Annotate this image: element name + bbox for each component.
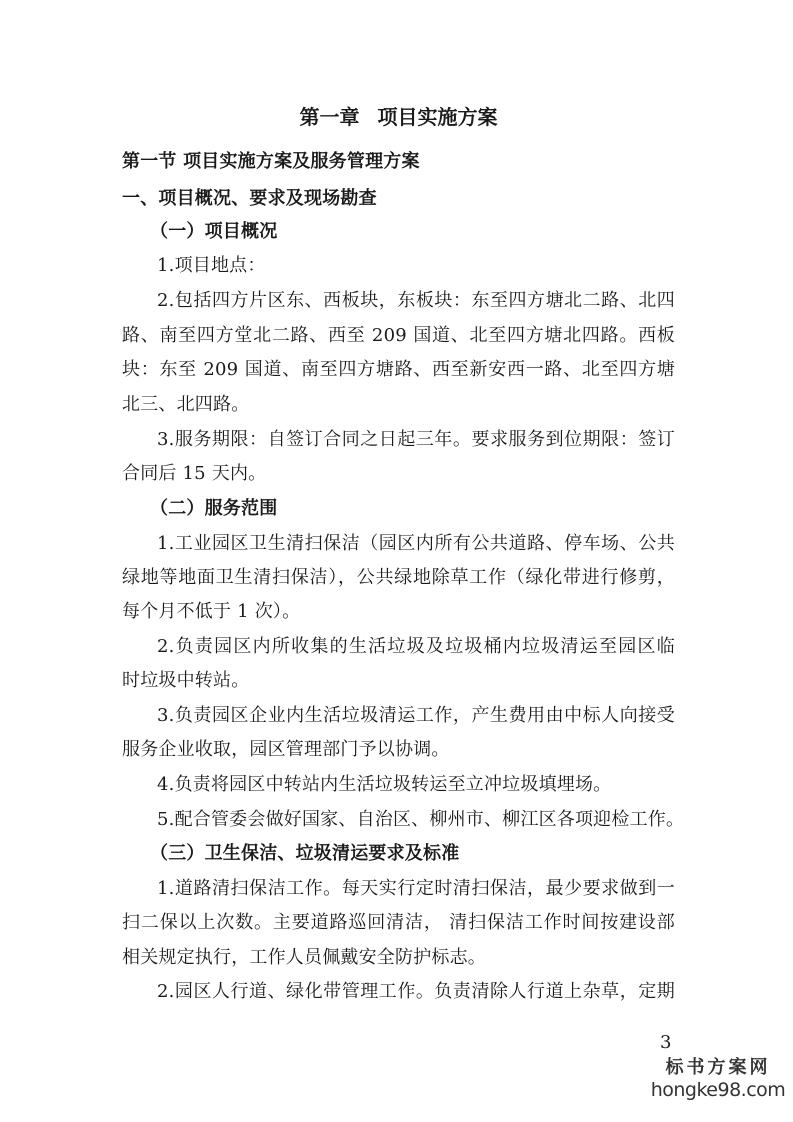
paragraph-line: 路、南至四方堂北二路、西至 209 国道、北至四方塘北四路。西板: [122, 324, 675, 348]
paragraph-line: 2.负责园区内所收集的生活垃圾及垃圾桶内垃圾清运至园区临: [157, 635, 675, 659]
paragraph-line: 北三、北四路。: [122, 393, 675, 417]
paragraph-line: 2.包括四方片区东、西板块，东板块：东至四方塘北二路、北四: [157, 289, 675, 313]
paragraph-line: 3.负责园区企业内生活垃圾清运工作，产生费用由中标人向接受: [157, 704, 675, 728]
paragraph-line: 绿地等地面卫生清扫保洁），公共绿地除草工作（绿化带进行修剪，: [122, 566, 675, 590]
paragraph-line: 合同后 15 天内。: [122, 462, 675, 486]
chapter-name: 项目实施方案: [378, 105, 498, 129]
document-page: 第一章项目实施方案 第一节 项目实施方案及服务管理方案 一、项目概况、要求及现场…: [0, 0, 793, 1122]
paragraph-line: 相关规定执行，工作人员佩戴安全防护标志。: [122, 946, 675, 970]
subsection-2-title: （二）服务范围: [150, 497, 703, 521]
chapter-title: 第一章项目实施方案: [122, 104, 675, 130]
watermark-url: hongke98.com: [648, 1079, 788, 1101]
paragraph-line: 1.道路清扫保洁工作。每天实行定时清扫保洁，最少要求做到一: [157, 877, 675, 901]
paragraph-line: 5.配合管委会做好国家、自治区、柳州市、柳江区各项迎检工作。: [157, 808, 675, 832]
paragraph-line: 块：东至 209 国道、南至四方塘路、西至新安西一路、北至四方塘: [122, 358, 675, 382]
paragraph-line: 2.园区人行道、绿化带管理工作。负责清除人行道上杂草，定期: [157, 980, 675, 1004]
paragraph-line: 3.服务期限：自签订合同之日起三年。要求服务到位期限：签订: [157, 428, 675, 452]
paragraph-line: 1.项目地点：: [157, 254, 675, 278]
paragraph-line: 4.负责将园区中转站内生活垃圾转运至立冲垃圾填埋场。: [157, 773, 675, 797]
paragraph-line: 扫二保以上次数。主要道路巡回清洁， 清扫保洁工作时间按建设部: [122, 911, 675, 935]
paragraph-line: 1.工业园区卫生清扫保洁（园区内所有公共道路、停车场、公共: [157, 532, 675, 556]
paragraph-line: 每个月不低于 1 次）。: [122, 600, 675, 624]
subsection-3-title: （三）卫生保洁、垃圾清运要求及标准: [150, 842, 703, 866]
subsection-1-title: （一）项目概况: [150, 220, 703, 244]
watermark-name: 标书方案网: [648, 1057, 788, 1079]
watermark: 标书方案网 hongke98.com: [648, 1057, 788, 1101]
section-title: 第一节 项目实施方案及服务管理方案: [122, 150, 675, 174]
paragraph-line: 服务企业收取，园区管理部门予以协调。: [122, 738, 675, 762]
paragraph-line: 时垃圾中转站。: [122, 669, 675, 693]
heading-1: 一、项目概况、要求及现场勘查: [122, 187, 675, 211]
page-number: 3: [660, 1032, 671, 1053]
chapter-number: 第一章: [300, 105, 360, 129]
